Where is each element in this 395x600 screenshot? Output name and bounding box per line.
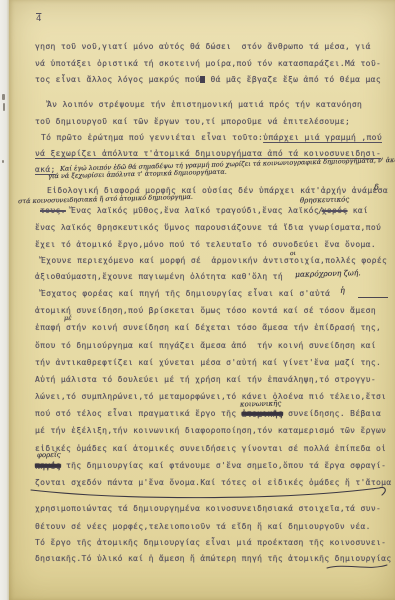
typed-text: ἕνας λαϊκός θρησκευτικός ὕμνος παρουσιάζ…	[35, 223, 381, 232]
typed-text: τήν ἀντικαθρεφτίζει καί χύνεται μέσα σ'α…	[35, 358, 381, 367]
typed-text: δησιακῆς.Τό ὑλικό καί ἡ ἄμεση ἤ ἀπώτερη …	[35, 554, 391, 563]
scan-speck	[3, 103, 5, 111]
typed-line: θέτουν σέ νέες μορφές,τελειοποιοῦν τά εἴ…	[35, 522, 371, 532]
typed-line: τος εἶναι ἄλλος λόγος μακρύς πού θά μᾶς …	[35, 75, 381, 85]
typed-text: ζονται σχεδόν πάντα μ'ἕνα ὄνομα.Καί τότε…	[35, 478, 391, 487]
typed-line: τοῦ δημιουργοῦ καί τῶν ἔργων του,τί μπορ…	[35, 117, 350, 127]
typed-line: ἕνας λαϊκός θρησκευτικός ὕμνος παρουσιάζ…	[35, 223, 381, 233]
typed-line: νά ὑποτάξει ὁριστικά τή σκοτεινή μοίρα,π…	[35, 59, 381, 69]
typed-line: Ἔσχατος φορέας καί πηγή τῆς δημιουργίας …	[41, 289, 336, 299]
typed-line: Αὐτή μάλιστα τό δουλεύει μέ τή χρήση καί…	[35, 375, 376, 385]
handwritten-annotation: οι	[290, 250, 296, 257]
typed-text: χορός	[322, 206, 348, 215]
typed-text: ἐπαφή στήν κοινή συνείδηση καί δέχεται τ…	[35, 323, 381, 332]
typed-text: πηγές	[35, 461, 61, 470]
paper-sheet: 4 γηση τοῦ νοῦ,γιατί μόνο αὐτός θά δώσει…	[9, 0, 395, 600]
typed-line: Τό ἔργο τῆς ἀτομικῆς δημιουργίας εἶναι μ…	[35, 538, 386, 548]
typed-text: μέ τήν ἐξέλιξη,τήν κοινωνική διαφοροποίη…	[35, 426, 386, 435]
typed-line: λώνει,τό συμπληρώνει,τό μεταμορφώνει,τό …	[35, 392, 386, 402]
typed-line: Ἄν λοιπόν στρέψουμε τήν ἐπιστημονική ματ…	[47, 100, 362, 110]
typed-line: ἐπαφή στήν κοινή συνείδηση καί δέχεται τ…	[35, 323, 381, 333]
typed-text: ἀτομικῆς	[242, 409, 283, 418]
typed-line: χρησιμοποιώντας τά δημιουργημένα κοινοσυ…	[35, 504, 381, 514]
typed-text: γηση τοῦ νοῦ,γιατί μόνο αὐτός θά δώσει σ…	[35, 42, 371, 51]
typed-line: μέ τήν ἐξέλιξη,τήν κοινωνική διαφοροποίη…	[35, 426, 386, 436]
handwritten-annotation: ἡ	[340, 286, 345, 295]
typed-text: Τό ἔργο τῆς ἀτομικῆς δημιουργίας εἶναι μ…	[35, 538, 386, 547]
typed-text: ἔχει τό ἀτομικό ἔργο,μόνο πού τό τελευτα…	[35, 240, 376, 249]
typed-line: ἀξιοθαύμαστη,ἔχουνε παγιωμένη ὁλότητα κα…	[35, 272, 288, 282]
handwritten-annotation: θρησκευτικός	[300, 195, 349, 204]
handwritten-annotation: μέ	[64, 314, 72, 322]
typed-text: θέτουν σέ νέες μορφές,τελειοποιοῦν τά εἴ…	[35, 522, 371, 531]
typed-line: πού στό τέλος εἶναι πραγματικά ἔργο τῆς …	[35, 409, 381, 419]
typed-text: θά μᾶς ἔβγαζε ἔξω ἀπό τό θέμα μας	[205, 75, 381, 84]
typed-text: συνείδησης. Βέβαια	[283, 409, 381, 418]
typed-text: Ἕνας λαϊκός μῦθος,ἕνα λαϊκό τραγούδι,ἕνα…	[66, 206, 319, 215]
scan-speck	[2, 160, 4, 163]
typed-line: πηγές τῆς δημιουργίας καί φτάνουμε σ'ἕνα…	[35, 461, 386, 471]
handwritten-annotation: κοινωνικῆς	[240, 399, 281, 408]
page-number: 4	[36, 14, 41, 24]
typed-text: ὑπάρχει μιά γραμμή ,πού	[263, 133, 382, 142]
typed-text: εἰδικές ὁμάδες καί ἀτομικές συνειδήσεις …	[35, 444, 386, 453]
typed-text: Ἄν λοιπόν στρέψουμε τήν ἐπιστημονική ματ…	[47, 100, 362, 109]
typed-text: Εἰδολογική διαφορά μορφῆς καί οὐσίας δέν…	[47, 186, 388, 195]
typed-text: χρησιμοποιώντας τά δημιουργημένα κοινοσυ…	[35, 504, 381, 513]
handwritten-annotation: δ	[374, 183, 379, 192]
handwritten-annotation: φορεῖς	[37, 451, 61, 460]
typed-text: τοῦ δημιουργοῦ καί τῶν ἔργων του,τί μπορ…	[35, 117, 350, 126]
typed-line: γηση τοῦ νοῦ,γιατί μόνο αὐτός θά δώσει σ…	[35, 42, 371, 52]
scan-speck	[2, 94, 5, 100]
handwritten-annotation: μακρόχρονη ζωή.	[295, 268, 361, 279]
scanner-margin	[0, 0, 9, 600]
typed-line: τους. Ἕνας λαϊκός μῦθος,ἕνα λαϊκό τραγού…	[40, 206, 368, 216]
typed-text: Ἔσχατος φορέας καί πηγή τῆς δημιουργίας …	[41, 289, 336, 298]
typed-line: ὅπου τό δημιούργημα καί πηγάζει ἄμεσα ἀπ…	[35, 341, 376, 351]
typed-text: τος εἶναι ἄλλος λόγος μακρύς πού	[35, 75, 200, 84]
typed-line: ἀτομική συνείδηση,πού βρίσκεται ὅμως τόσ…	[35, 306, 376, 316]
typed-text: Αὐτή μάλιστα τό δουλεύει μέ τή χρήση καί…	[35, 375, 376, 384]
typed-text: τους.	[40, 206, 66, 215]
typed-line: Τό πρῶτο ἐρώτημα πού γεννιέται εἶναι τοῦ…	[41, 133, 382, 143]
typed-line: ζονται σχεδόν πάντα μ'ἕνα ὄνομα.Καί τότε…	[35, 478, 391, 488]
typed-text: πού στό τέλος εἶναι πραγματικά ἔργο τῆς	[35, 409, 242, 418]
typed-line: δησιακῆς.Τό ὑλικό καί ἡ ἄμεση ἤ ἀπώτερη …	[35, 554, 391, 564]
typed-text: Ἔχουνε περιεχόμενο καί μορφή σέ ἁρμονική…	[41, 256, 387, 265]
typed-text: ἀξιοθαύμαστη,ἔχουνε παγιωμένη ὁλότητα κα…	[35, 272, 288, 281]
typed-line: ἔχει τό ἀτομικό ἔργο,μόνο πού τό τελευτα…	[35, 240, 376, 250]
typed-text: νά ξεχωρίζει ἀπόλυτα τ'ἀτομικά δημιουργή…	[35, 149, 381, 158]
typed-text: τῆς δημιουργίας καί φτάνουμε σ'ἕνα σημεῖ…	[61, 461, 386, 470]
typed-text: νά ὑποτάξει ὁριστικά τή σκοτεινή μοίρα,π…	[35, 59, 381, 68]
typed-line: τήν ἀντικαθρεφτίζει καί χύνεται μέσα σ'α…	[35, 358, 381, 368]
typed-text: λώνει,τό συμπληρώνει,τό μεταμορφώνει,τό …	[35, 392, 386, 401]
typed-text: ἀτομική συνείδηση,πού βρίσκεται ὅμως τόσ…	[35, 306, 376, 315]
typed-line: Ἔχουνε περιεχόμενο καί μορφή σέ ἁρμονική…	[41, 256, 387, 266]
typed-text: ὅπου τό δημιούργημα καί πηγάζει ἄμεσα ἀπ…	[35, 341, 376, 350]
typed-text: καί	[348, 206, 369, 215]
scanned-page: 4 γηση τοῦ νοῦ,γιατί μόνο αὐτός θά δώσει…	[0, 0, 395, 600]
typed-text: Τό πρῶτο ἐρώτημα πού γεννιέται εἶναι τοῦ…	[41, 133, 263, 142]
handwritten-annotation: στά κοινοσυνειδησιακά ἤ στό ἀτομικό δημι…	[18, 193, 193, 206]
dash-mark	[358, 297, 388, 298]
typed-line: εἰδικές ὁμάδες καί ἀτομικές συνειδήσεις …	[35, 444, 386, 454]
